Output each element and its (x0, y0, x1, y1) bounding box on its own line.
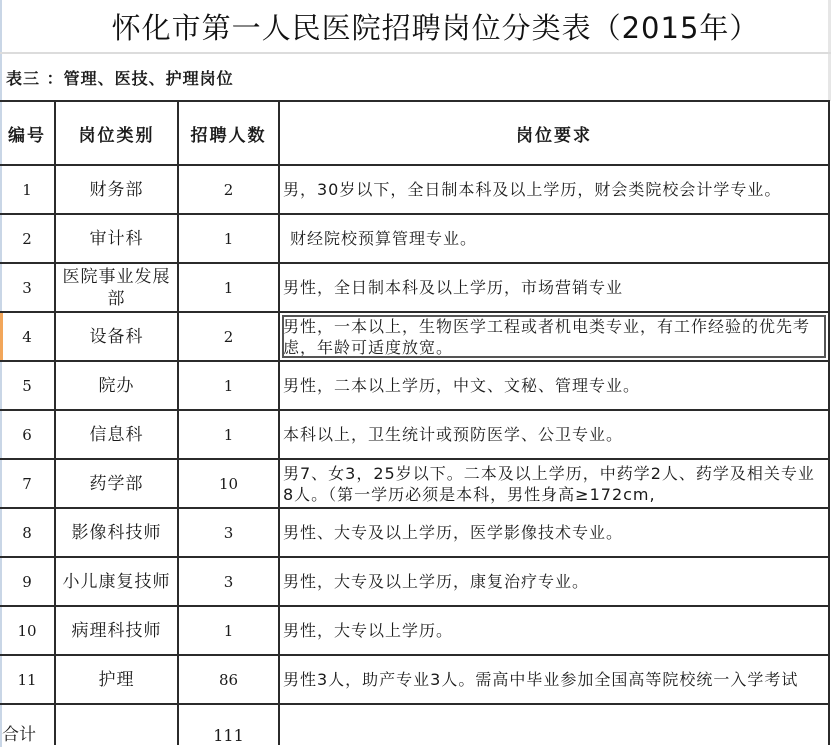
total-requirements-empty[interactable] (279, 704, 829, 745)
cell-requirements[interactable]: 男性、大专及以上学历，医学影像技术专业。 (279, 508, 829, 557)
table-row: 9 小儿康复技师 3 男性，大专及以上学历，康复治疗专业。 (0, 557, 829, 606)
title-row: 怀化市第一人民医院招聘岗位分类表（2015年） (0, 0, 831, 54)
cell-requirements[interactable]: 男性3人，助产专业3人。需高中毕业参加全国高等院校统一入学考试 (279, 655, 829, 704)
cell-count[interactable]: 1 (178, 410, 279, 459)
cell-category[interactable]: 医院事业发展部 (55, 263, 178, 312)
cell-count[interactable]: 86 (178, 655, 279, 704)
cell-category[interactable]: 护理 (55, 655, 178, 704)
total-label[interactable]: 合计 (0, 704, 55, 745)
cell-num[interactable]: 2 (0, 214, 55, 263)
cell-num[interactable]: 10 (0, 606, 55, 655)
cell-requirements[interactable]: 财经院校预算管理专业。 (279, 214, 829, 263)
cell-num[interactable]: 7 (0, 459, 55, 508)
header-count[interactable]: 招聘人数 (178, 101, 279, 165)
cell-requirements[interactable]: 男7、女3，25岁以下。二本及以上学历，中药学2人、药学及相关专业8人。（第一学… (279, 459, 829, 508)
header-num[interactable]: 编号 (0, 101, 55, 165)
cell-requirements-selected[interactable]: 男性，一本以上，生物医学工程或者机电类专业，有工作经验的优先考虑，年龄可适度放宽… (279, 312, 829, 361)
page-title: 怀化市第一人民医院招聘岗位分类表（2015年） (72, 6, 760, 47)
subtitle-row: 表三 ：管理、医技、护理岗位 (0, 54, 831, 100)
cell-category[interactable]: 病理科技师 (55, 606, 178, 655)
cell-count[interactable]: 2 (178, 165, 279, 214)
cell-num[interactable]: 9 (0, 557, 55, 606)
cell-count[interactable]: 3 (178, 508, 279, 557)
table-row: 10 病理科技师 1 男性，大专以上学历。 (0, 606, 829, 655)
cell-count[interactable]: 1 (178, 361, 279, 410)
cell-num[interactable]: 4 (0, 312, 55, 361)
cell-requirements[interactable]: 男性，全日制本科及以上学历，市场营销专业 (279, 263, 829, 312)
table-row: 5 院办 1 男性，二本以上学历，中文、文秘、管理专业。 (0, 361, 829, 410)
cell-num[interactable]: 1 (0, 165, 55, 214)
cell-category[interactable]: 信息科 (55, 410, 178, 459)
table-row: 11 护理 86 男性3人，助产专业3人。需高中毕业参加全国高等院校统一入学考试 (0, 655, 829, 704)
cell-category[interactable]: 影像科技师 (55, 508, 178, 557)
header-category[interactable]: 岗位类别 (55, 101, 178, 165)
table-row: 7 药学部 10 男7、女3，25岁以下。二本及以上学历，中药学2人、药学及相关… (0, 459, 829, 508)
total-row: 合计 111 (0, 704, 829, 745)
cell-count[interactable]: 2 (178, 312, 279, 361)
cell-count[interactable]: 1 (178, 263, 279, 312)
cell-category[interactable]: 审计科 (55, 214, 178, 263)
total-category-empty[interactable] (55, 704, 178, 745)
cell-num[interactable]: 8 (0, 508, 55, 557)
table-row: 2 审计科 1 财经院校预算管理专业。 (0, 214, 829, 263)
cell-requirements[interactable]: 本科以上，卫生统计或预防医学、公卫专业。 (279, 410, 829, 459)
table-row: 8 影像科技师 3 男性、大专及以上学历，医学影像技术专业。 (0, 508, 829, 557)
cell-category[interactable]: 设备科 (55, 312, 178, 361)
total-count[interactable]: 111 (178, 704, 279, 745)
header-row: 编号 岗位类别 招聘人数 岗位要求 (0, 101, 829, 165)
cell-count[interactable]: 3 (178, 557, 279, 606)
cell-num[interactable]: 6 (0, 410, 55, 459)
cell-num[interactable]: 11 (0, 655, 55, 704)
cell-count[interactable]: 1 (178, 214, 279, 263)
cell-num[interactable]: 3 (0, 263, 55, 312)
table-row: 3 医院事业发展部 1 男性，全日制本科及以上学历，市场营销专业 (0, 263, 829, 312)
cell-count[interactable]: 1 (178, 606, 279, 655)
recruitment-table: 编号 岗位类别 招聘人数 岗位要求 1 财务部 2 男，30岁以下，全日制本科及… (0, 100, 830, 745)
cell-requirements[interactable]: 男性，二本以上学历，中文、文秘、管理专业。 (279, 361, 829, 410)
cell-category[interactable]: 财务部 (55, 165, 178, 214)
header-requirements[interactable]: 岗位要求 (279, 101, 829, 165)
table-subtitle: 表三 ：管理、医技、护理岗位 (0, 66, 234, 89)
cell-requirements[interactable]: 男性，大专以上学历。 (279, 606, 829, 655)
cell-requirements[interactable]: 男，30岁以下，全日制本科及以上学历，财会类院校会计学专业。 (279, 165, 829, 214)
cell-num[interactable]: 5 (0, 361, 55, 410)
cell-count[interactable]: 10 (178, 459, 279, 508)
cell-requirements[interactable]: 男性，大专及以上学历，康复治疗专业。 (279, 557, 829, 606)
table-row: 1 财务部 2 男，30岁以下，全日制本科及以上学历，财会类院校会计学专业。 (0, 165, 829, 214)
table-row: 6 信息科 1 本科以上，卫生统计或预防医学、公卫专业。 (0, 410, 829, 459)
cell-category[interactable]: 小儿康复技师 (55, 557, 178, 606)
cell-category[interactable]: 院办 (55, 361, 178, 410)
cell-category[interactable]: 药学部 (55, 459, 178, 508)
table-row-selected: 4 设备科 2 男性，一本以上，生物医学工程或者机电类专业，有工作经验的优先考虑… (0, 312, 829, 361)
